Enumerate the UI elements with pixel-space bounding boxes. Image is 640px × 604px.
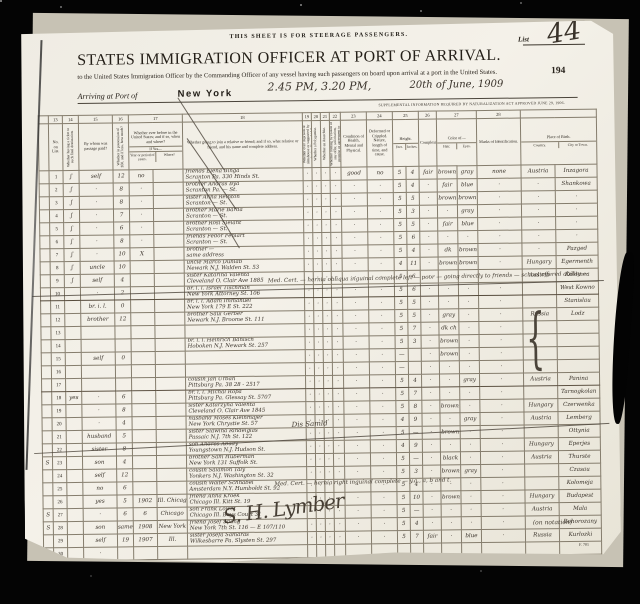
header-join-relative: Whether going to join a relative or frie… [182, 121, 303, 169]
cell-anarchist-mark: · [322, 258, 331, 271]
cell-us-year: X [130, 248, 154, 261]
cell-labor-mark: · [330, 193, 341, 206]
cell-row-number: 8 [50, 262, 64, 275]
cell-ticket: ʃ [63, 209, 79, 222]
cell-deformed: · [370, 427, 396, 440]
cell-passage-paid: · [80, 248, 114, 261]
cell-deformed: · [369, 336, 395, 349]
cell-us-year [134, 547, 158, 560]
cell-passage-paid: · [79, 209, 113, 222]
cell-prison-mark: · [303, 181, 312, 194]
cell-polygamist-mark: · [314, 349, 323, 362]
cell-birth-city: Kolomeja [559, 476, 601, 490]
cell-deformed: · [369, 323, 395, 336]
cell-health: · [344, 414, 370, 427]
cell-birth-country: · [521, 178, 555, 191]
cell-marks: · [479, 308, 523, 322]
cell-height-inches: 3 [406, 205, 419, 218]
cell-health: · [344, 440, 370, 453]
cell-passage-paid: · [79, 196, 113, 209]
cell-us-where [154, 273, 184, 286]
cell-ticket [66, 456, 82, 469]
cell-us-year: no [129, 170, 153, 183]
cell-polygamist-mark: · [316, 531, 325, 544]
cell-complexion: · [419, 205, 437, 218]
cell-money: 7 [113, 209, 129, 222]
cell-prison-mark: · [306, 441, 315, 454]
cell-us-year [131, 313, 155, 326]
cell-margin-mark [39, 210, 49, 223]
cell-height-feet: 5 [395, 322, 408, 335]
cell-anarchist-mark: · [324, 375, 333, 388]
cell-marks: · [480, 386, 524, 400]
cell-us-year: · [129, 183, 153, 196]
cell-money: 5 [116, 430, 132, 443]
cell-complexion: · [421, 322, 439, 335]
cell-passage-paid: self [83, 534, 117, 547]
cell-us-where [154, 247, 184, 260]
cell-labor-mark: · [332, 323, 343, 336]
cell-us-where [155, 364, 185, 377]
cell-marks: · [479, 360, 523, 374]
list-label: List [518, 35, 529, 43]
cell-passage-paid: self [81, 352, 115, 365]
cell-ticket [66, 404, 82, 417]
cell-labor-mark: · [333, 427, 344, 440]
cell-labor-mark: · [334, 518, 345, 531]
cell-eye-color: · [458, 231, 478, 244]
cell-health: · [343, 362, 369, 375]
cell-height-feet: 5 [394, 231, 407, 244]
cell-passage-paid: · [80, 235, 114, 248]
cell-money: 6 [114, 222, 130, 235]
cell-marks: · [480, 412, 524, 426]
cell-prison-mark: · [304, 246, 313, 259]
cell-ticket: ʃ [64, 248, 80, 261]
cell-us-where [154, 221, 184, 234]
cell-birth-country: Hungary [522, 256, 556, 269]
cell-labor-mark: · [333, 414, 344, 427]
header-inches: Inches. [405, 144, 418, 150]
steerage-banner: THIS SHEET IS FOR STEERAGE PASSENGERS. [139, 31, 499, 41]
cell-polygamist-mark: · [314, 336, 323, 349]
cell-margin-mark [41, 340, 51, 353]
cell-us-where: Chicago [157, 507, 187, 520]
cell-birth-country: Hungary [524, 399, 558, 412]
cell-eye-color: brown [458, 244, 478, 257]
cell-labor-mark: · [333, 375, 344, 388]
cell-complexion: fair [423, 530, 441, 543]
cell-row-number: 24 [53, 470, 67, 483]
cell-row-number: 6 [50, 236, 64, 249]
cell-health: · [341, 180, 367, 193]
cell-health: · [342, 258, 368, 271]
cell-complexion: · [420, 257, 438, 270]
cell-complexion: · [419, 192, 437, 205]
cell-polygamist-mark [317, 544, 326, 557]
cell-row-number: 5 [50, 223, 64, 236]
cell-marks: · [481, 529, 525, 543]
discharge-note: Dis Samld [291, 419, 327, 429]
cell-birth-city: Mala [559, 502, 601, 516]
cell-birth-city: Czasau [559, 463, 601, 477]
cell-health: · [345, 492, 371, 505]
cell-margin-mark [42, 392, 52, 405]
cell-complexion: · [423, 517, 441, 530]
cell-birth-city: · [555, 203, 597, 217]
cell-anarchist-mark: · [323, 323, 332, 336]
cell-anarchist-mark: · [321, 180, 330, 193]
cell-eye-color: blue [458, 218, 478, 231]
cell-us-where [153, 169, 183, 182]
cell-hair-color: dk [438, 244, 458, 257]
cell-hair-color: brown [440, 400, 460, 413]
cell-polygamist-mark: · [314, 297, 323, 310]
cell-birth-country: · [522, 217, 556, 230]
cell-birth-country: Austria [521, 165, 555, 178]
cell-margin-mark [39, 197, 49, 210]
cell-polygamist-mark: · [315, 401, 324, 414]
cell-complexion: fair [419, 166, 437, 179]
colnum-16: 16 [112, 115, 128, 123]
cell-height-inches: 7 [410, 530, 423, 543]
cell-prison-mark: · [306, 389, 315, 402]
cell-marks: · [479, 321, 523, 335]
cell-birth-city: Lodz [557, 307, 599, 321]
cell-ticket: ʃ [64, 261, 80, 274]
cell-hair-color: · [441, 530, 461, 543]
cell-height-feet: 5 [397, 465, 410, 478]
cell-height-feet: 5 [395, 296, 408, 309]
cell-hair-color: black [440, 452, 460, 465]
cell-money: 12 [115, 313, 131, 326]
cell-birth-city: · [555, 190, 597, 204]
cell-ticket [67, 508, 83, 521]
cell-ticket [65, 352, 81, 365]
cell-passage-paid: brother [81, 313, 115, 326]
cell-margin-mark [42, 431, 52, 444]
cell-ticket [65, 326, 81, 339]
cell-labor-mark: · [332, 310, 343, 323]
cell-polygamist-mark: · [313, 245, 322, 258]
cell-prison-mark: · [304, 285, 313, 298]
cell-us-year: · [130, 222, 154, 235]
relative-address-line [186, 350, 305, 351]
cell-birth-city: · [556, 216, 598, 230]
cell-row-number: 19 [52, 405, 66, 418]
cell-prison-mark: · [307, 467, 316, 480]
cell-birth-country: Hungary [524, 438, 558, 451]
cell-row-number: 23 [52, 457, 66, 470]
cell-birth-city: Tarnogkolan [558, 385, 600, 399]
cell-polygamist-mark: · [315, 440, 324, 453]
cell-height-feet: 5 [396, 400, 409, 413]
cell-anarchist-mark: · [323, 310, 332, 323]
cell-money: same [117, 521, 133, 534]
cell-ticket: ʃ [64, 274, 80, 287]
cell-ticket [66, 378, 82, 391]
cell-money: 10 [114, 261, 130, 274]
header-deformed: Deformed or Crippled. Nature, length of … [366, 120, 393, 167]
cell-hair-color: brown [437, 166, 457, 179]
cell-margin-mark [43, 483, 53, 496]
cell-money: 19 [117, 534, 133, 547]
cell-anarchist-mark: · [321, 167, 330, 180]
cell-eye-color: · [460, 400, 480, 413]
cell-us-where [158, 546, 188, 559]
cell-complexion: · [422, 452, 440, 465]
header-labor-contract: Whether coming by reason of any offer, s… [329, 120, 341, 167]
cell-prison-mark: · [305, 311, 314, 324]
cell-passage-paid: self [80, 274, 114, 287]
cell-row-number: 22 [52, 444, 66, 457]
manifest-sheet: THIS SHEET IS FOR STEERAGE PASSENGERS. L… [19, 20, 622, 565]
header-feet: Feet. [393, 144, 405, 150]
cell-birth-country [525, 464, 559, 477]
cell-complexion: · [419, 179, 437, 192]
cell-health: · [344, 401, 370, 414]
cell-labor-mark: · [331, 284, 342, 297]
cell-ticket: ʃ [63, 183, 79, 196]
cell-complexion: · [423, 465, 441, 478]
cell-anarchist-mark: · [322, 219, 331, 232]
cell-polygamist-mark: · [315, 388, 324, 401]
cell-labor-mark: · [333, 401, 344, 414]
cell-height-feet: 5 [397, 504, 410, 517]
cell-labor-mark: · [330, 206, 341, 219]
cell-eye-color: · [459, 296, 479, 309]
cell-margin-mark: S [43, 522, 53, 535]
cell-ticket [67, 469, 83, 482]
cell-birth-country: · [521, 204, 555, 217]
cell-eye-color: gray [457, 166, 477, 179]
relative-address-line [186, 363, 305, 364]
cell-hair-color: · [437, 205, 457, 218]
cell-marks: · [477, 191, 521, 205]
cell-anarchist-mark: · [325, 531, 334, 544]
cell-passage-paid: · [82, 417, 116, 430]
cell-margin-mark [42, 418, 52, 431]
header-eyes: Eyes. [456, 143, 476, 149]
cell-birth-country [525, 477, 559, 490]
cell-marks: · [478, 230, 522, 244]
cell-labor-mark: · [332, 297, 343, 310]
cell-row-number: 12 [51, 314, 65, 327]
cell-margin-mark [43, 470, 53, 483]
arriving-label: Arriving at Port of [78, 91, 138, 101]
rotation-note: (on notation) [533, 519, 572, 526]
cell-passage-paid: · [79, 183, 113, 196]
cell-height-inches: — [410, 504, 423, 517]
cell-birth-city: Inzagora [555, 164, 597, 178]
cell-height-inches: 9 [409, 439, 422, 452]
cell-passage-paid: husband [82, 430, 116, 443]
relative-name-line [186, 363, 305, 364]
cell-us-where [155, 338, 185, 351]
form-title: STATES IMMIGRATION OFFICER AT PORT OF AR… [77, 47, 501, 70]
cell-height-inches [408, 361, 421, 374]
header-city: City or Town. [558, 141, 596, 148]
cell-deformed: · [370, 375, 396, 388]
cell-deformed: · [367, 193, 393, 206]
cell-marks: · [480, 399, 524, 413]
cell-us-where [155, 312, 185, 325]
cell-margin-mark [40, 249, 50, 262]
cell-anarchist-mark: · [322, 245, 331, 258]
cell-labor-mark: · [331, 232, 342, 245]
cell-birth-city: Shankowa [555, 177, 597, 191]
cell-hair-color: brown [437, 192, 457, 205]
cell-complexion: · [423, 504, 441, 517]
cell-hair-color: · [441, 517, 461, 530]
cell-prison-mark: · [306, 454, 315, 467]
cell-prison-mark: · [307, 519, 316, 532]
colnum-22: 22 [329, 112, 340, 120]
cell-row-number: 20 [52, 418, 66, 431]
cell-us-where [153, 195, 183, 208]
cell-hair-color: gray [439, 309, 459, 322]
cell-height-feet: 5 [393, 179, 406, 192]
relative-name-line [185, 324, 304, 325]
cell-margin-mark [41, 353, 51, 366]
cell-birth-city: Czerwenka [558, 398, 600, 412]
cell-eye-color: gray [457, 205, 477, 218]
cell-health: · [342, 245, 368, 258]
cell-money: 0 [115, 300, 131, 313]
cell-birth-country: · [522, 230, 556, 243]
cell-birth-country: Russia [525, 529, 559, 542]
cell-eye-color: · [460, 439, 480, 452]
cell-labor-mark: · [334, 466, 345, 479]
colnum-19: 19 [302, 113, 311, 121]
cell-ticket [66, 430, 82, 443]
cell-ticket: ʃ [63, 170, 79, 183]
cell-row-number: 4 [49, 210, 63, 223]
cell-birth-city [557, 320, 599, 334]
cell-anarchist-mark: · [322, 284, 331, 297]
cell-deformed: · [368, 219, 394, 232]
cell-hair-color: brown [441, 465, 461, 478]
cell-health: · [342, 219, 368, 232]
cell-money: 5 [117, 495, 133, 508]
cell-complexion: · [423, 491, 441, 504]
cell-us-where [155, 351, 185, 364]
cell-ticket [67, 495, 83, 508]
cell-health: · [345, 466, 371, 479]
cell-height-inches: 6 [407, 231, 420, 244]
cell-anarchist-mark: · [323, 362, 332, 375]
cell-passage-paid: no [83, 482, 117, 495]
cell-us-where: Ill. Chicago [157, 494, 187, 507]
colnum-blank [38, 116, 48, 124]
cell-eye-color: gray [461, 465, 481, 478]
cell-polygamist-mark: · [312, 180, 321, 193]
cell-us-year: 6 [133, 508, 157, 521]
cell-health: · [344, 375, 370, 388]
cell-height-inches: 4 [406, 179, 419, 192]
cell-deformed: · [369, 310, 395, 323]
cell-us-year [132, 456, 156, 469]
column-header-row: No. on List. Whether having a ticket to … [38, 117, 597, 171]
cell-labor-mark: · [333, 388, 344, 401]
cell-ticket: yes [66, 391, 82, 404]
cell-eye-color: · [460, 452, 480, 465]
arrival-date: 20th of June, 1909 [409, 79, 503, 91]
cell-birth-country: Austria [525, 503, 559, 516]
cell-money: 12 [113, 170, 129, 183]
cell-height-inches: — [409, 452, 422, 465]
cell-polygamist-mark: · [314, 310, 323, 323]
cell-hair-color: fair [437, 179, 457, 192]
cell-us-where [157, 468, 187, 481]
cell-health: · [344, 427, 370, 440]
cell-us-where [154, 234, 184, 247]
cell-height-inches: 11 [407, 257, 420, 270]
cell-us-year [132, 378, 156, 391]
cell-height-feet: — [395, 348, 408, 361]
cell-health: · [343, 336, 369, 349]
cell-deformed: · [367, 206, 393, 219]
cell-us-where [155, 325, 185, 338]
cell-polygamist-mark: · [312, 193, 321, 206]
cell-money [116, 378, 132, 391]
cell-labor-mark: · [331, 258, 342, 271]
cell-height-inches: 5 [408, 309, 421, 322]
cell-labor-mark: · [331, 245, 342, 258]
cell-marks: · [477, 178, 521, 192]
header-no-on-list: No. on List. [48, 124, 63, 171]
cell-eye-color: · [461, 478, 481, 491]
cell-polygamist-mark: · [313, 232, 322, 245]
cell-us-year [130, 261, 154, 274]
cell-eye-color: · [459, 309, 479, 322]
cell-prison-mark: · [306, 376, 315, 389]
port-stamp: New York [177, 88, 232, 100]
cell-money: 4 [116, 417, 132, 430]
header-color-of: Color of— Hair. Eyes. [436, 119, 477, 166]
cell-prison-mark: · [303, 168, 312, 181]
cell-passage-paid: · [82, 404, 116, 417]
cell-margin-mark [42, 444, 52, 457]
cell-height-inches: 5 [408, 296, 421, 309]
cell-birth-city: Lemberg [558, 411, 600, 425]
cell-us-where: New York [157, 520, 187, 533]
cell-ticket: ʃ [63, 196, 79, 209]
cell-marks: · [481, 516, 525, 530]
cell-row-number: 28 [53, 522, 67, 535]
cell-row-number: 3 [49, 197, 63, 210]
cell-row-number: 29 [53, 535, 67, 548]
cell-labor-mark: · [330, 167, 341, 180]
cell-labor-mark: · [332, 349, 343, 362]
cell-passage-paid: br. i. l. [81, 300, 115, 313]
cell-labor-mark: · [334, 531, 345, 544]
page-number: 194 [551, 66, 565, 76]
cell-passage-paid: son [82, 456, 116, 469]
cell-marks: · [481, 490, 525, 504]
cell-birth-city: Eperjes [558, 437, 600, 451]
cell-birth-city [557, 333, 599, 347]
cell-marks: · [478, 217, 522, 231]
cell-row-number: 7 [50, 249, 64, 262]
cell-birth-country [522, 282, 556, 295]
cell-polygamist-mark: · [316, 466, 325, 479]
cell-marks: · [481, 503, 525, 517]
cell-height-inches: 10 [410, 491, 423, 504]
cell-margin-mark [40, 236, 50, 249]
header-where: Where? [155, 152, 182, 163]
cell-prison-mark: · [305, 298, 314, 311]
